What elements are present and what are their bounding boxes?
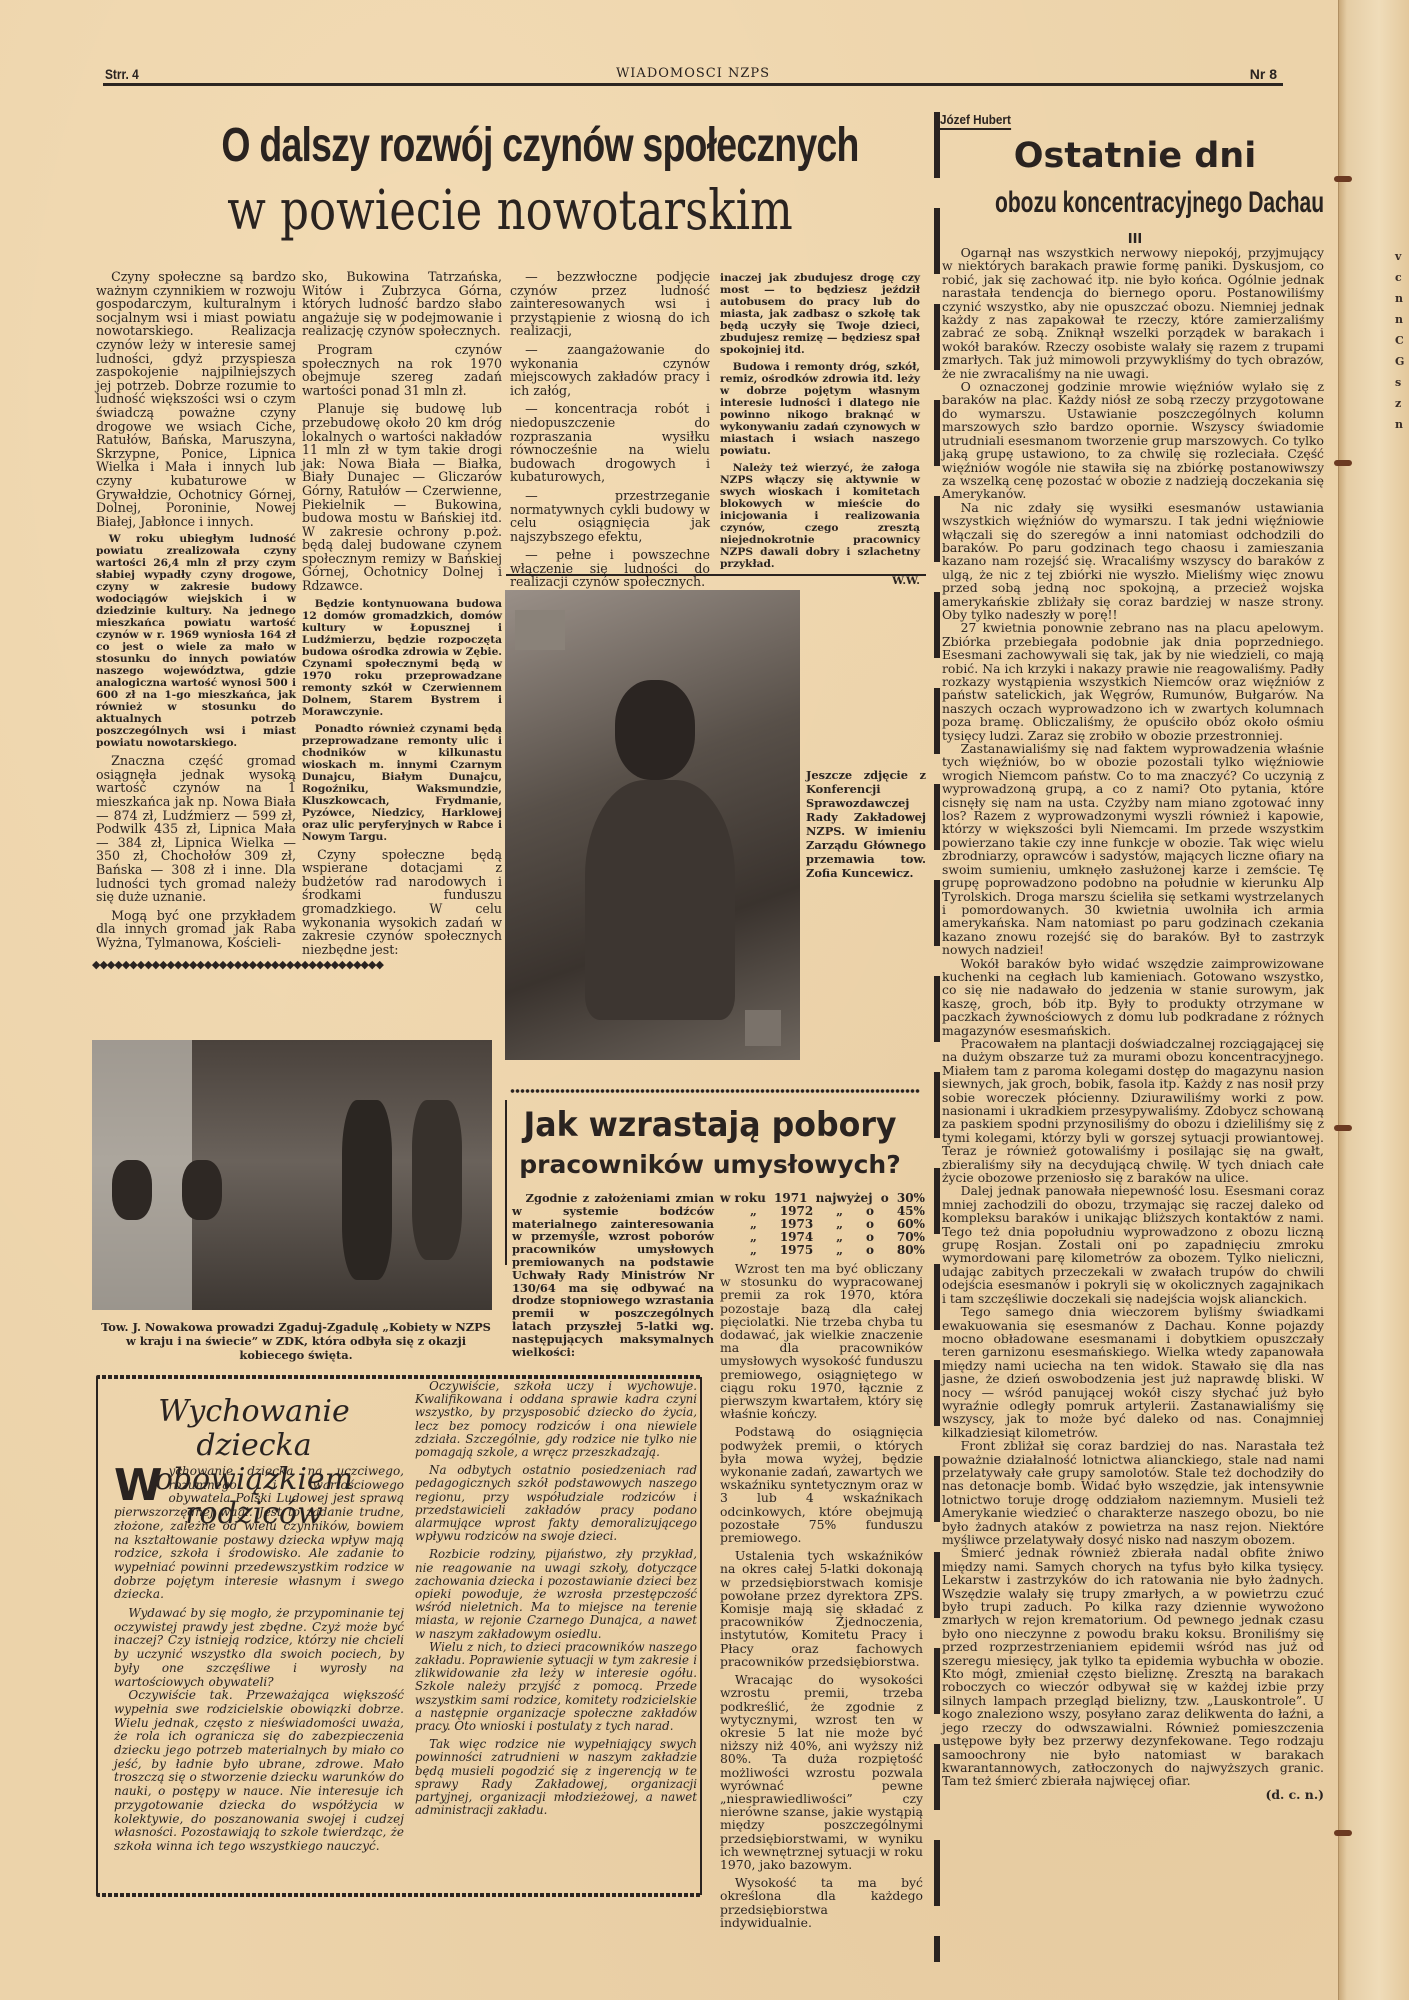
paragraph: Wysokość ta ma być określona dla każdego…: [720, 1876, 923, 1929]
paragraph: sko, Bukowina Tatrzańska, Witów i Zubrzy…: [302, 270, 502, 338]
staple-mark: [1334, 176, 1352, 182]
paragraph: Ponadto również czynami będą przeprowadz…: [302, 723, 502, 843]
czyny-column-1: Czyny społeczne są bardzo ważnym czynnik…: [96, 270, 296, 955]
headline-wychowanie-line1: Wychowanie dziecka: [104, 1395, 404, 1463]
paragraph: Wydawać by się mogło, że przypominanie t…: [114, 1607, 404, 1689]
table-cell: o: [881, 1192, 889, 1205]
paragraph: Podstawą do osiągnięcia podwyżek premii,…: [720, 1425, 923, 1544]
issue-number: Nr 8: [1250, 66, 1277, 82]
czyny-column-3: — bezzwłoczne podjęcie czynów przez ludn…: [510, 270, 710, 635]
headline-czyny-line2: w powiecie nowotarskim: [207, 178, 814, 242]
paragraph: Mogą być one przykładem dla innych groma…: [96, 909, 296, 950]
headline-dachau-line1: Ostatnie dni: [935, 136, 1335, 176]
continued-marker: (d. c. n.): [942, 1788, 1324, 1801]
column-divider: [934, 112, 940, 1962]
signature: W.W.: [720, 575, 920, 587]
paragraph: Planuje się budowę lub przebudowę około …: [302, 402, 502, 592]
wavy-rule: [96, 1893, 701, 1897]
paragraph: Budowa i remonty dróg, szkół, remiz, ośr…: [720, 361, 920, 457]
paragraph: Front zbliżał się coraz bardziej do nas.…: [942, 1439, 1324, 1546]
premium-growth-table: w roku 1971 najwyżej o 30% „1972„o45% „1…: [720, 1192, 925, 1257]
adjacent-page-fragment: vcnnCGszn: [1395, 246, 1404, 435]
paragraph: Wzrost ten ma być obliczany w stosunku d…: [720, 1262, 923, 1420]
paragraph: Będzie kontynuowana budowa 12 domów grom…: [302, 598, 502, 718]
photo-figure: [615, 680, 695, 780]
headline-czyny-line1: O dalszy rozwój czynów społecznych: [221, 118, 798, 173]
box-border: [505, 1100, 507, 1265]
publication-title: WIADOMOSCI NZPS: [103, 66, 1283, 81]
paragraph: Ogarnął nas wszystkich nerwowy niepokój,…: [942, 246, 1324, 380]
paragraph: Wokół baraków było widać wszędzie zaimpr…: [942, 957, 1324, 1037]
photo-figure: [112, 1160, 152, 1220]
paragraph: Pracowałem na plantacji doświadczalnej r…: [942, 1037, 1324, 1184]
photo-figure: [342, 1100, 392, 1280]
wychowanie-column-1: Wychowanie dziecka na uczciwego, rozumne…: [114, 1465, 404, 1859]
table-cell: o: [866, 1244, 874, 1257]
paragraph: Program czynów społecznych na rok 1970 o…: [302, 343, 502, 397]
dotted-rule: [510, 1089, 920, 1093]
table-cell: „: [836, 1244, 843, 1257]
table-cell: najwyżej: [816, 1192, 873, 1205]
dropcap-letter: W: [114, 1467, 163, 1505]
paragraph: Znaczna część gromad osiągnęła jednak wy…: [96, 754, 296, 904]
paragraph: Oczywiście tak. Przeważająca większość w…: [114, 1689, 404, 1853]
byline-author: Józef Hubert: [940, 112, 1011, 130]
paragraph: — przestrzeganie normatywnych cykli budo…: [510, 489, 710, 543]
table-cell: w roku: [720, 1192, 766, 1205]
photo-detail: [515, 610, 565, 650]
paragraph: O oznaczonej godzinie mrowie więźniów wy…: [942, 380, 1324, 501]
pobory-body: Wzrost ten ma być obliczany w stosunku d…: [720, 1262, 923, 1934]
paragraph: Śmierć jednak również zbierała nadal obf…: [942, 1546, 1324, 1787]
photo-conference: [505, 590, 800, 1060]
paragraph: — zaangażowanie do wykonania czynów miej…: [510, 343, 710, 397]
table-row: „1975„o80%: [720, 1244, 925, 1257]
czyny-column-4: inaczej jak zbudujesz drogę czy most — t…: [720, 272, 920, 592]
pobory-intro: Zgodnie z założeniami zmian w systemie b…: [512, 1192, 714, 1363]
czyny-column-2: sko, Bukowina Tatrzańska, Witów i Zubrzy…: [302, 270, 502, 961]
paragraph: Oczywiście, szkoła uczy i wychowuje. Kwa…: [415, 1380, 697, 1459]
horizontal-rule: [506, 574, 926, 576]
paragraph: Zgodnie z założeniami zmian w systemie b…: [512, 1192, 714, 1358]
paragraph: Tego samego dnia wieczorem byliśmy świad…: [942, 1305, 1324, 1439]
headline-dachau-line2: obozu koncentracyjnego Dachau: [995, 186, 1275, 220]
photo-figure: [412, 1100, 462, 1260]
headline-pobory-line1: Jak wzrastają pobory: [519, 1105, 900, 1145]
photo-quiz-event: [92, 1040, 492, 1310]
paragraph: Tak więc rodzice nie wypełniający swych …: [415, 1738, 697, 1817]
headline-pobory-line2: pracowników umysłowych?: [505, 1150, 915, 1179]
paragraph: W roku ubiegłym ludność powiatu zrealizo…: [96, 533, 296, 749]
staple-mark: [1334, 460, 1352, 466]
paragraph: inaczej jak zbudujesz drogę czy most — t…: [720, 272, 920, 356]
photo-detail: [745, 1010, 781, 1046]
paragraph: Zastanawialiśmy się nad faktem wyprowadz…: [942, 742, 1324, 957]
photo-figure: [585, 780, 735, 1020]
table-cell: 80%: [897, 1244, 925, 1257]
photo-figure: [182, 1160, 222, 1220]
paragraph: Na odbytych ostatnio posiedzeniach rad p…: [415, 1464, 697, 1543]
staple-mark: [1334, 1830, 1352, 1836]
paragraph: — pełne i powszechne włączenie się ludno…: [510, 548, 710, 589]
paragraph: Na nic zdały się wysiłki esesmanów ustaw…: [942, 501, 1324, 622]
paragraph: 27 kwietnia ponownie zebrano nas na plac…: [942, 621, 1324, 742]
table-cell: 1975: [780, 1244, 813, 1257]
paragraph: — bezzwłoczne podjęcie czynów przez ludn…: [510, 270, 710, 338]
caption-quiz-event: Tow. J. Nowakowa prowadzi Zgaduj-Zgadulę…: [96, 1320, 496, 1362]
paragraph: Czyny społeczne będą wspierane dotacjami…: [302, 848, 502, 957]
table-cell: „: [750, 1244, 757, 1257]
paragraph: Wracając do wysokości wzrostu premii, tr…: [720, 1673, 923, 1871]
diamond-rule: ◆◆◆◆◆◆◆◆◆◆◆◆◆◆◆◆◆◆◆◆◆◆◆◆◆◆◆◆◆◆◆◆◆◆◆◆◆◆◆: [92, 958, 492, 971]
paragraph: Czyny społeczne są bardzo ważnym czynnik…: [96, 270, 296, 528]
running-header: Strr. 4 WIADOMOSCI NZPS Nr 8: [103, 66, 1283, 86]
paragraph: Ustalenia tych wskaźników na okres całej…: [720, 1549, 923, 1668]
paragraph: Wielu z nich, to dzieci pracowników nasz…: [415, 1641, 697, 1733]
staple-mark: [1334, 1125, 1352, 1131]
paragraph: — koncentracja robót i niedopuszczenie d…: [510, 402, 710, 484]
paragraph: Dalej jednak panowała niepewność losu. E…: [942, 1184, 1324, 1305]
dachau-body: Ogarnął nas wszystkich nerwowy niepokój,…: [942, 246, 1324, 1801]
box-border: [96, 1377, 98, 1895]
caption-conference: Jeszcze zdjęcie z Konferencji Sprawozdaw…: [806, 768, 926, 880]
wychowanie-column-2: Oczywiście, szkoła uczy i wychowuje. Kwa…: [415, 1380, 697, 1823]
paragraph: Należy też wierzyć, że załoga NZPS włącz…: [720, 462, 920, 570]
paragraph: Rozbicie rodziny, pijaństwo, zły przykła…: [415, 1548, 697, 1640]
box-border: [700, 1377, 702, 1895]
